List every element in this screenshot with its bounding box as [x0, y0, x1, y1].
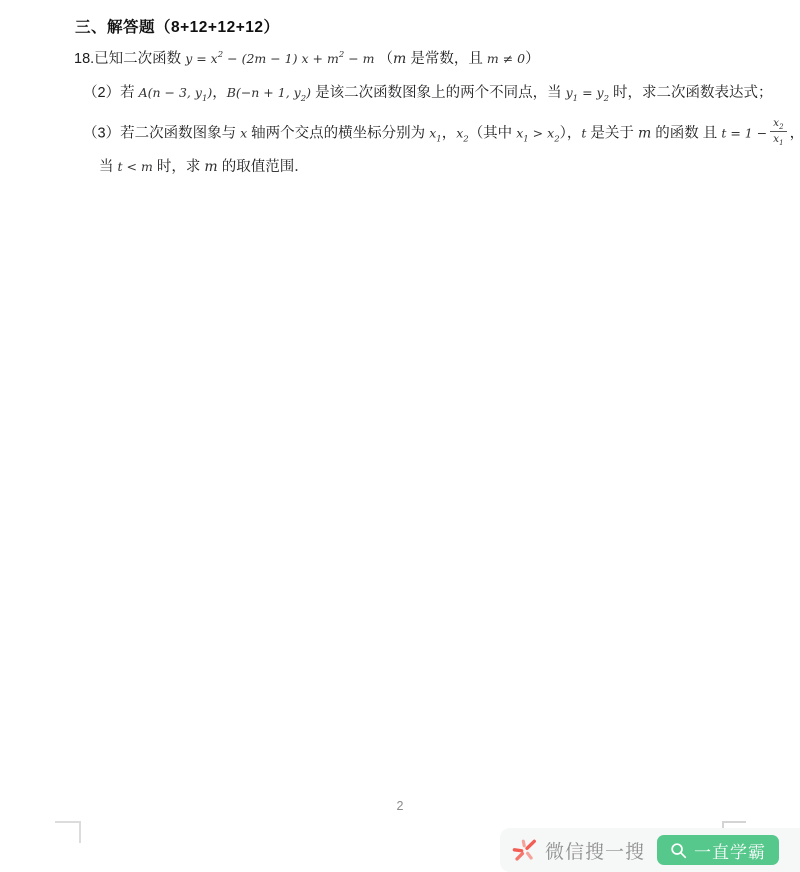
question-text: （2）若: [83, 85, 139, 101]
question-18-part2: （2）若 A(n − 3, y1)，B(−n + 1, y2) 是该二次函数图象…: [83, 81, 773, 102]
question-text: ），: [560, 125, 582, 141]
question-text: 时，求: [153, 159, 205, 175]
math-variable: y: [294, 85, 301, 100]
document-page: { "page": { "number": "2" }, "heading": …: [0, 0, 800, 872]
question-text: 时，求二次函数表达式；: [609, 85, 773, 101]
question-text: 是该二次函数图象上的两个不同点，当: [311, 85, 566, 101]
math-expression: − m: [344, 51, 374, 66]
question-text: （其中: [469, 125, 517, 141]
question-18-part3-continued: 当 t < m 时，求 m 的取值范围．: [99, 155, 309, 176]
math-variable: m: [204, 159, 217, 175]
math-expression: y = x: [185, 51, 218, 66]
watermark-search-keyword: 一直学霸: [694, 838, 766, 863]
question-text: （3）若二次函数图象与: [83, 125, 240, 141]
math-expression: m ≠ 0: [487, 51, 525, 66]
math-fraction: x2x1: [770, 117, 786, 146]
question-text: ，: [790, 125, 800, 141]
math-variable: y: [566, 85, 573, 100]
math-expression: − (2m − 1) x + m: [223, 51, 339, 66]
question-text: 当: [99, 159, 118, 175]
question-18-intro: 18.已知二次函数 y = x2 − (2m − 1) x + m2 − m （…: [74, 47, 540, 68]
question-text: 的取值范围．: [218, 159, 309, 175]
math-variable: m: [393, 51, 406, 67]
wechat-search-watermark: 微信搜一搜 一直学霸: [500, 828, 800, 872]
question-18-part3: （3）若二次函数图象与 x 轴两个交点的横坐标分别为 x1，x2（其中 x1 >…: [83, 119, 800, 148]
wechat-search-sparkle-icon: [512, 837, 538, 863]
magnifier-icon: [670, 842, 687, 859]
question-text: ，: [212, 85, 227, 101]
section-heading: 三、解答题（8+12+12+12）: [75, 15, 280, 37]
question-text: ）: [525, 51, 540, 67]
question-text: 的函数 且: [651, 125, 721, 141]
math-expression: B(−n + 1,: [227, 85, 294, 100]
watermark-search-pill: 一直学霸: [657, 835, 779, 865]
math-expression: > x: [529, 125, 554, 140]
question-text: 18.已知二次函数: [74, 51, 185, 67]
math-variable: y: [195, 85, 202, 100]
question-text: （: [375, 51, 394, 67]
fraction-numerator: x2: [770, 117, 786, 132]
question-text: ，: [442, 125, 457, 141]
fraction-denominator: x1: [773, 132, 783, 146]
math-expression: t = 1 −: [721, 125, 767, 140]
page-number: 2: [0, 799, 800, 813]
question-text: 是常数，且: [406, 51, 487, 67]
question-text: 是关于: [586, 125, 638, 141]
question-text: 轴两个交点的横坐标分别为: [247, 125, 429, 141]
math-expression: t < m: [118, 159, 153, 174]
math-variable: m: [638, 125, 651, 141]
math-expression: = y: [578, 85, 603, 100]
watermark-brand-label: 微信搜一搜: [545, 837, 645, 864]
text-boundary-corner-mark-left: [55, 821, 81, 843]
math-expression: A(n − 3,: [139, 85, 195, 100]
